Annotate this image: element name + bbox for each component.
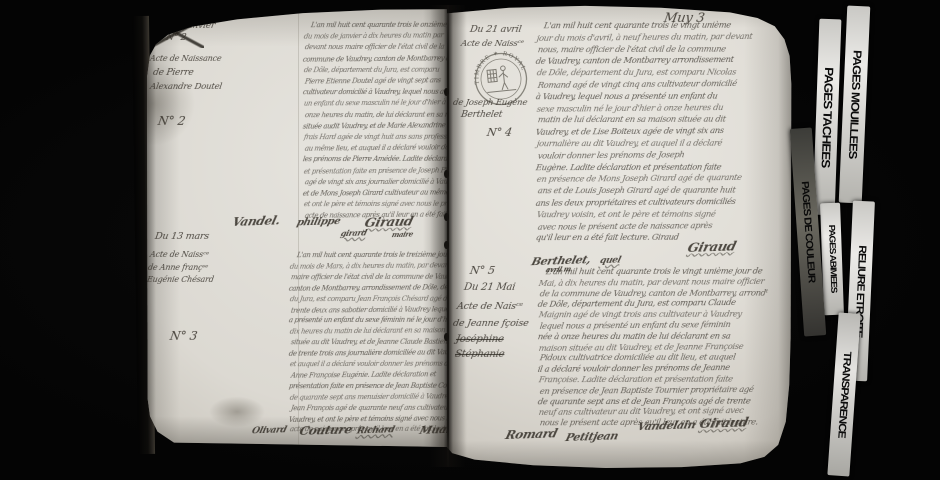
act-line: frais Hard agée de vingt huit ans sans p…: [303, 133, 457, 142]
act-line: Vaudrey voisin, et ont le père et témoin…: [536, 208, 716, 219]
act-line: L'an mil huit cent quarante trois le onz…: [310, 21, 461, 30]
signature: Petitjean: [564, 429, 620, 444]
act-line: les prénoms de Pierre Amédée. Ladite déc…: [302, 155, 460, 164]
act-line: de Dôle, département du Jura, est compar…: [536, 67, 737, 78]
signature: Vandelain: [636, 418, 697, 433]
tab-label: PAGES DE COULEUR: [799, 181, 817, 283]
margin-note: Joséphine: [455, 334, 504, 345]
binding-stitch: [444, 241, 449, 249]
act-line: Romand agé de vingt cinq ans cultivateur…: [537, 78, 737, 90]
margin-note: Du 11 Janvier: [154, 21, 216, 31]
margin-note: N° 3: [169, 329, 198, 343]
svg-text:TIMBRE ✶ ROYAL: TIMBRE ✶ ROYAL: [471, 48, 529, 85]
act-line: jour du mois d'avril, à neuf heures du m…: [536, 31, 753, 43]
act-line: et de Mons Joseph Girard cultivateur au …: [302, 188, 463, 198]
tab-transparence: TRANSPARENCE: [827, 312, 860, 476]
tab-pages-mouillees: PAGES MOUILLEES: [839, 6, 871, 204]
margin-note: N° 5: [469, 264, 496, 277]
register-left-page: Du 11 JanvierN° 2Acte de Naissancede Pie…: [147, 7, 447, 447]
signature: Olivard: [251, 425, 288, 436]
margin-note: N° 2: [165, 33, 187, 43]
act-line: il a déclaré vouloir donner les prénoms …: [537, 362, 730, 374]
act-line: vouloir donner les prénoms de Joseph: [537, 149, 685, 160]
margin-note: Du 21 Mai: [463, 282, 516, 293]
binding-stitch: [444, 88, 449, 96]
act-line: et auquel il a déclaré vouloir donner le…: [289, 360, 452, 369]
margin-note: de Jeanne fçoise: [452, 318, 529, 329]
act-line: ans les deux propriétaires et cultivateu…: [535, 196, 736, 208]
act-line: trente deux ans sabotier domicilié à Vau…: [290, 305, 468, 315]
act-line: Jean François agé de quarante neuf ans c…: [290, 403, 470, 412]
tab-label: PAGES ABIMEES: [826, 225, 838, 293]
signature: Giraud: [698, 415, 750, 432]
act-line: Mai, à dix heures du matin, par devant n…: [538, 276, 765, 288]
margin-note: Acte de Naissᶜᵉ: [460, 39, 524, 49]
act-line: en présence de Jean Baptiste Tournier pr…: [539, 384, 754, 396]
act-line: un enfant du sexe masculin né le jour d'…: [303, 99, 446, 108]
margin-note: Du 21 avril: [469, 24, 522, 35]
margin-note: de Joseph Eugène: [452, 98, 528, 108]
act-line: Pierre Etienne Doutel agé de vingt sept …: [304, 76, 441, 85]
stamp-arc-text: TIMBRE ✶ ROYAL: [471, 48, 529, 85]
act-line: et ont le père et témoins signé avec nou…: [303, 200, 464, 209]
act-line: onze heures du matin, de lui déclarant e…: [304, 110, 468, 119]
tab-label: PAGES MOUILLEES: [846, 50, 864, 159]
act-line: du mois de janvier à dix heures du matin…: [303, 32, 444, 41]
binding-stitch: [444, 333, 449, 341]
margin-note: Acte de Naissᶜᵉ: [149, 250, 209, 259]
margin-note: Du 13 mars: [154, 231, 210, 242]
act-line: de Dôle, département du Jura, est compar…: [303, 66, 439, 74]
act-line: L'an mil huit cent quarante trois le tre…: [296, 251, 450, 260]
signature: girard: [340, 228, 368, 239]
act-line: qu'il leur en a été fait lecture. Giraud: [535, 232, 679, 242]
act-line: située au dit Vaudrey, et de Jeanne Clau…: [290, 338, 465, 347]
tab-pages-tachees: PAGES TACHEES: [813, 19, 842, 216]
binding-stitch: [444, 170, 449, 178]
margin-note: de Pierre: [152, 68, 194, 78]
act-line: nous, maire officier de l'état civil de …: [537, 43, 726, 54]
signature: Giraud: [686, 239, 738, 256]
act-line: à Vaudrey, lequel nous a présenté un enf…: [535, 90, 718, 101]
act-line: de Vaudrey, canton de Montbarrey arrondi…: [535, 54, 734, 66]
margin-note: Berthelet: [460, 110, 503, 120]
margin-note: N° 2: [157, 114, 186, 128]
signature: Couture: [298, 422, 354, 438]
margin-note: Eugénie Chésard: [146, 275, 214, 284]
act-line: canton de Montbarrey, arrondissement de …: [288, 283, 463, 293]
margin-note: N° 4: [486, 126, 513, 139]
act-line: sexe masculin né le jour d'hier à onze h…: [536, 102, 724, 114]
act-line: lequel nous a présenté un enfant du sexe…: [539, 319, 731, 331]
act-line: du mois de Mars, à dix heures du matin, …: [289, 261, 468, 271]
act-line: de quarante sept ans menuisier domicilié…: [289, 392, 469, 402]
tab-label: TRANSPARENCE: [835, 351, 852, 438]
act-line: au même lieu, et auquel il a déclaré vou…: [304, 143, 464, 153]
act-line: de trente trois ans journalière domicili…: [288, 348, 463, 358]
binding-stitch: [444, 213, 449, 221]
act-line: Françoise. Ladite déclaration et présent…: [538, 374, 733, 385]
act-line: agé de vingt six ans journalier domicili…: [304, 178, 462, 187]
act-line: commune de Vaudrey, canton de Montbarrey…: [302, 54, 469, 64]
act-line: journalière au dit Vaudrey, et auquel il…: [536, 138, 723, 149]
signature: maire: [391, 230, 414, 240]
margin-note: Acte de Naisᶜᵉ: [456, 301, 523, 312]
signature: Vandel.: [231, 213, 282, 229]
register-right-page: TIMBRE ✶ ROYAL Du 21 avrilActe de Naissᶜ…: [447, 5, 792, 468]
margin-note: Acte de Naissance: [149, 54, 222, 63]
act-line: Vaudrey, et de Lise Boiteux agée de ving…: [535, 125, 724, 137]
act-line: matin de lui déclarant en sa maison situ…: [537, 114, 726, 125]
act-line: L'an mil huit cent quarante trois le vin…: [543, 20, 731, 31]
act-line: Maignin agé de vingt trois ans cultivate…: [538, 309, 742, 320]
act-line: située audit Vaudrey, et de Marie Alexan…: [302, 121, 446, 130]
act-line: Pidoux cultivatrice domiciliée au dit li…: [539, 352, 736, 363]
signature: Romard: [504, 426, 559, 442]
signature: avril m: [545, 265, 572, 275]
tab-label: PAGES TACHEES: [818, 67, 835, 168]
act-line: a présenté un enfant du sexe féminin né …: [288, 316, 461, 325]
act-line: et présentation faite en présence de Jos…: [303, 166, 467, 176]
act-line: du Jura, est comparu Jean François Chésa…: [289, 294, 451, 303]
act-line: Eugène. Ladite déclaration et présentati…: [535, 161, 722, 172]
stamp-figure-icon: [485, 65, 516, 93]
signature: Giraud: [363, 214, 415, 231]
act-line: en présence de Mons Joseph Girard agé de…: [536, 172, 742, 184]
act-line: L'an mil huit cent quarante trois le vin…: [545, 266, 763, 277]
archive-scan-viewport: Du 11 JanvierN° 2Acte de Naissancede Pie…: [0, 0, 940, 480]
act-line: avec nous le présent acte de naissance a…: [537, 220, 713, 232]
act-line: née à onze heures du matin de lui déclar…: [537, 330, 731, 341]
signature: philippe: [295, 216, 341, 228]
act-line: de Dôle, département du Jura, est compar…: [537, 297, 736, 309]
act-line: Anne Françoise Eugénie. Ladite déclarati…: [290, 370, 436, 379]
act-line: dix heures du matin de lui déclarant en …: [289, 327, 446, 336]
margin-note: de Anne françˢᵉ: [147, 263, 208, 272]
act-line: devant nous maire officier de l'état civ…: [304, 43, 444, 51]
signature: Richard: [356, 425, 396, 436]
margin-note: Alexandre Doutel: [149, 82, 222, 92]
act-line: ans et de Louis Joseph Girard agé de qua…: [537, 185, 736, 196]
act-line: maire officier de l'état civil de la com…: [290, 273, 461, 282]
margin-note: Stéphanie: [454, 349, 505, 360]
signature: quel: [599, 256, 622, 267]
